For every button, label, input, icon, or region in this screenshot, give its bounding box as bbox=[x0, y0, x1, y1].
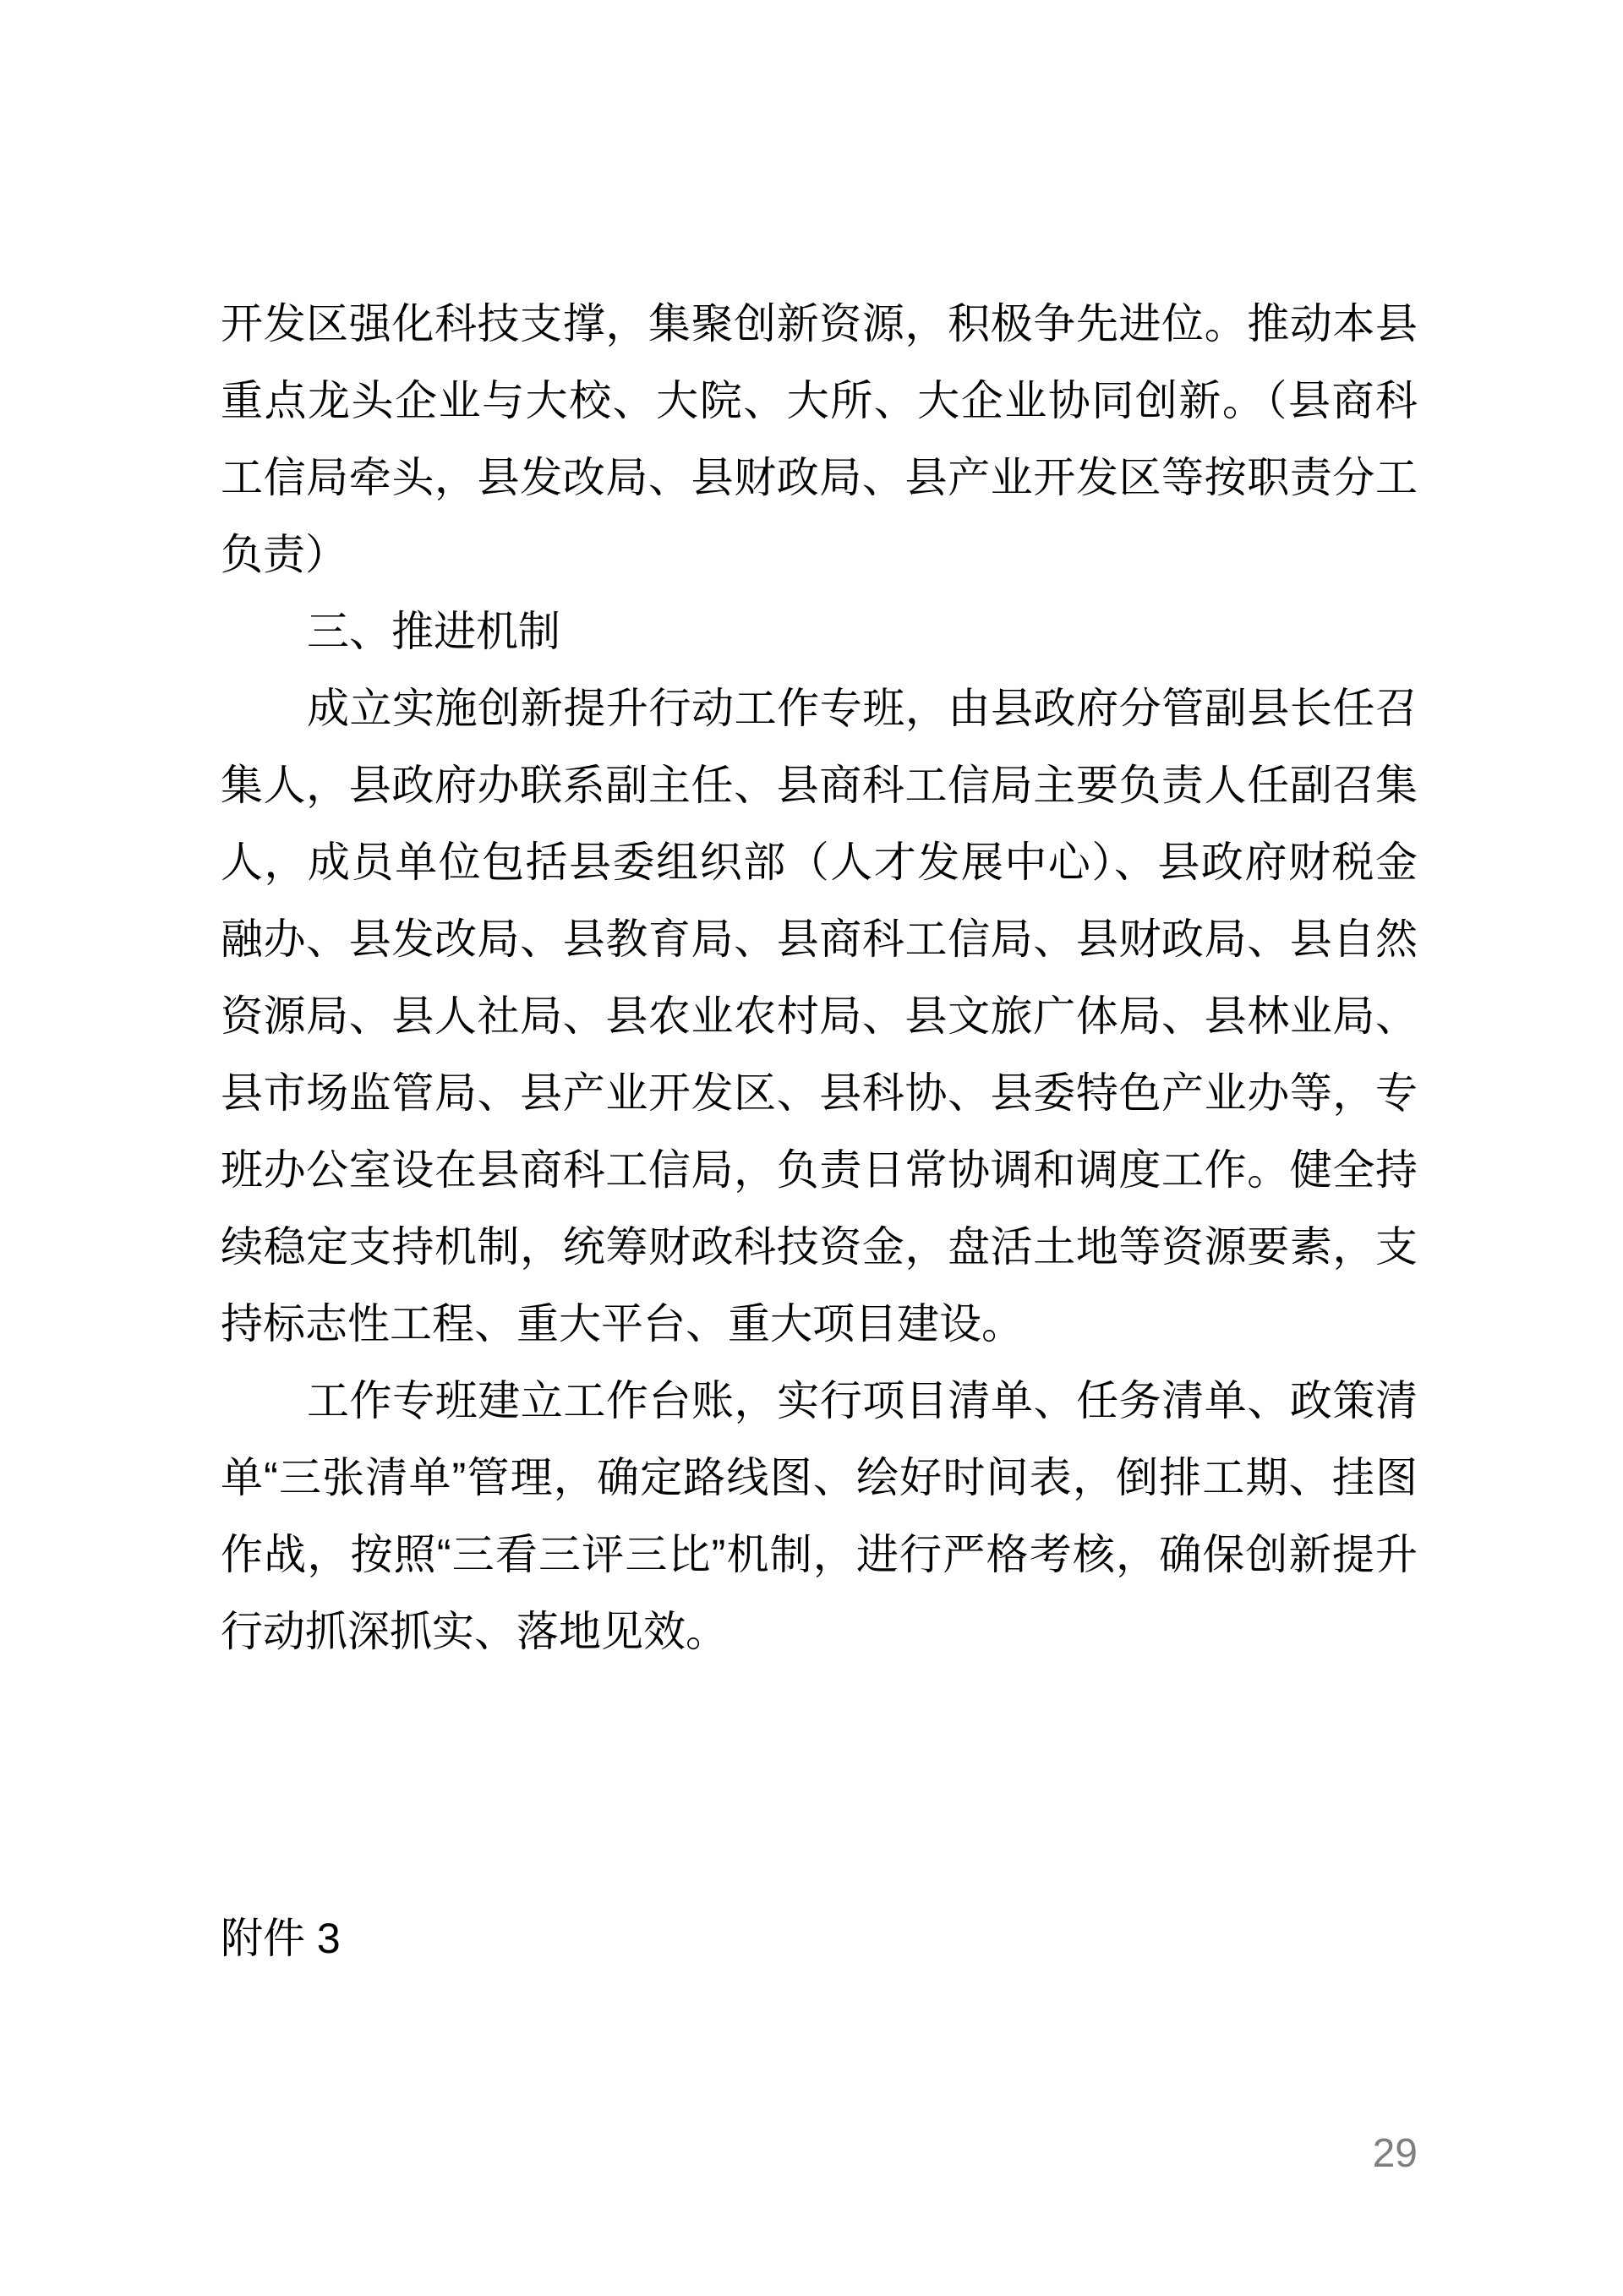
document-body: 开发区强化科技支撑，集聚创新资源，积极争先进位。推动本县 重点龙头企业与大校、大… bbox=[221, 286, 1418, 1670]
text-line: 续稳定支持机制，统筹财政科技资金，盘活土地等资源要素，支 bbox=[221, 1209, 1418, 1286]
text-line: 人，成员单位包括县委组织部（人才发展中心）、县政府财税金 bbox=[221, 824, 1418, 901]
text-line: 重点龙头企业与大校、大院、大所、大企业协同创新。（县商科 bbox=[221, 363, 1418, 440]
text-line: 行动抓深抓实、落地见效。 bbox=[221, 1594, 1418, 1670]
document-page: 开发区强化科技支撑，集聚创新资源，积极争先进位。推动本县 重点龙头企业与大校、大… bbox=[0, 0, 1623, 2296]
text-line: 工作专班建立工作台账，实行项目清单、任务清单、政策清 bbox=[221, 1363, 1418, 1440]
text-line: 工信局牵头，县发改局、县财政局、县产业开发区等按职责分工 bbox=[221, 440, 1418, 517]
text-line: 作战，按照“三看三评三比”机制，进行严格考核，确保创新提升 bbox=[221, 1517, 1418, 1594]
page-number: 29 bbox=[221, 2130, 1418, 2178]
text-line: 融办、县发改局、县教育局、县商科工信局、县财政局、县自然 bbox=[221, 901, 1418, 978]
text-line: 集人，县政府办联系副主任、县商科工信局主要负责人任副召集 bbox=[221, 747, 1418, 824]
text-line: 班办公室设在县商科工信局，负责日常协调和调度工作。健全持 bbox=[221, 1132, 1418, 1209]
attachment-label: 附件 3 bbox=[221, 1900, 341, 1977]
text-line: 单“三张清单”管理，确定路线图、绘好时间表，倒排工期、挂图 bbox=[221, 1440, 1418, 1517]
text-line: 资源局、县人社局、县农业农村局、县文旅广体局、县林业局、 bbox=[221, 978, 1418, 1055]
text-line: 负责） bbox=[221, 517, 1418, 593]
text-line: 县市场监管局、县产业开发区、县科协、县委特色产业办等，专 bbox=[221, 1055, 1418, 1132]
section-heading: 三、推进机制 bbox=[221, 593, 1418, 670]
text-line: 成立实施创新提升行动工作专班，由县政府分管副县长任召 bbox=[221, 670, 1418, 747]
text-line: 开发区强化科技支撑，集聚创新资源，积极争先进位。推动本县 bbox=[221, 286, 1418, 363]
text-line: 持标志性工程、重大平台、重大项目建设。 bbox=[221, 1286, 1418, 1363]
